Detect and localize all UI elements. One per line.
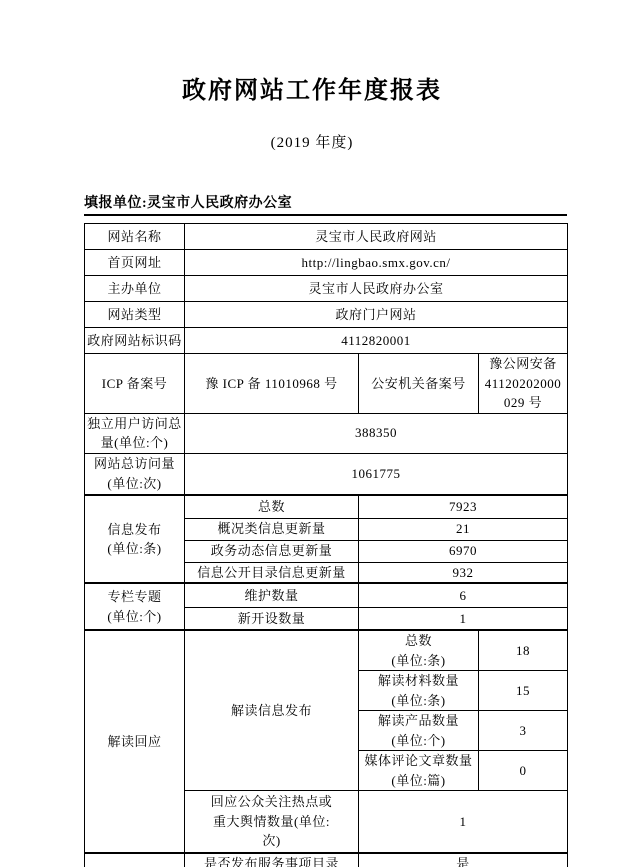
home-url-value: http://lingbao.smx.gov.cn/ (185, 250, 568, 276)
reporting-unit: 填报单位:灵宝市人民政府办公室 (84, 192, 567, 216)
home-url-label: 首页网址 (85, 250, 185, 276)
table-row: 网站总访问量 (单位:次) 1061775 (85, 453, 568, 495)
interpretation-publish-label: 解读信息发布 (185, 630, 359, 791)
table-row: 主办单位 灵宝市人民政府办公室 (85, 276, 568, 302)
sponsor-value: 灵宝市人民政府办公室 (185, 276, 568, 302)
new-count-label: 新开设数量 (185, 607, 359, 630)
directory-update-label: 信息公开目录信息更新量 (185, 562, 359, 583)
site-name-value: 灵宝市人民政府网站 (185, 224, 568, 250)
table-row: 解读回应 解读信息发布 总数 (单位:条) 18 (85, 630, 568, 671)
interp-product-value: 3 (479, 711, 568, 751)
media-comment-value: 0 (479, 751, 568, 791)
site-code-value: 4112820001 (185, 328, 568, 354)
interp-material-label: 解读材料数量 (单位:条) (359, 671, 479, 711)
interp-total-label: 总数 (单位:条) (359, 630, 479, 671)
site-code-label: 政府网站标识码 (85, 328, 185, 354)
special-columns-label: 专栏专题 (单位:个) (85, 583, 185, 630)
table-row: 专栏专题 (单位:个) 维护数量 6 (85, 583, 568, 607)
icp-value: 豫 ICP 备 11010968 号 (185, 354, 359, 414)
table-row: 是否发布服务事项目录 是 (85, 853, 568, 867)
table-row: 网站名称 灵宝市人民政府网站 (85, 224, 568, 250)
gov-news-update-value: 6970 (359, 540, 568, 562)
police-filing-label: 公安机关备案号 (359, 354, 479, 414)
report-document-page: 政府网站工作年度报表 (2019 年度) 填报单位:灵宝市人民政府办公室 网站名… (0, 0, 624, 867)
interpretation-label: 解读回应 (85, 630, 185, 853)
public-response-value: 1 (359, 791, 568, 853)
table-row: 网站类型 政府门户网站 (85, 302, 568, 328)
service-directory-value: 是 (359, 853, 568, 867)
site-name-label: 网站名称 (85, 224, 185, 250)
table-row: 信息发布 (单位:条) 总数 7923 (85, 495, 568, 518)
sponsor-label: 主办单位 (85, 276, 185, 302)
new-count-value: 1 (359, 607, 568, 630)
maintained-count-value: 6 (359, 583, 568, 607)
table-row: 政府网站标识码 4112820001 (85, 328, 568, 354)
page-title: 政府网站工作年度报表 (0, 0, 624, 105)
table-row: 首页网址 http://lingbao.smx.gov.cn/ (85, 250, 568, 276)
service-directory-label: 是否发布服务事项目录 (185, 853, 359, 867)
report-year: (2019 年度) (0, 131, 624, 152)
table-row: 独立用户访问总 量(单位:个) 388350 (85, 413, 568, 453)
gov-news-update-label: 政务动态信息更新量 (185, 540, 359, 562)
empty-cell (85, 853, 185, 867)
directory-update-value: 932 (359, 562, 568, 583)
info-publish-label: 信息发布 (单位:条) (85, 495, 185, 583)
public-response-label: 回应公众关注热点或 重大舆情数量(单位: 次) (185, 791, 359, 853)
interp-total-value: 18 (479, 630, 568, 671)
unique-visitors-label: 独立用户访问总 量(单位:个) (85, 413, 185, 453)
icp-label: ICP 备案号 (85, 354, 185, 414)
report-table: 网站名称 灵宝市人民政府网站 首页网址 http://lingbao.smx.g… (84, 223, 568, 867)
info-total-label: 总数 (185, 495, 359, 518)
overview-update-label: 概况类信息更新量 (185, 518, 359, 540)
interp-product-label: 解读产品数量 (单位:个) (359, 711, 479, 751)
maintained-count-label: 维护数量 (185, 583, 359, 607)
total-visits-value: 1061775 (185, 453, 568, 495)
overview-update-value: 21 (359, 518, 568, 540)
site-type-label: 网站类型 (85, 302, 185, 328)
police-filing-value: 豫公网安备 41120202000 029 号 (479, 354, 568, 414)
total-visits-label: 网站总访问量 (单位:次) (85, 453, 185, 495)
media-comment-label: 媒体评论文章数量 (单位:篇) (359, 751, 479, 791)
table-row: ICP 备案号 豫 ICP 备 11010968 号 公安机关备案号 豫公网安备… (85, 354, 568, 414)
interp-material-value: 15 (479, 671, 568, 711)
info-total-value: 7923 (359, 495, 568, 518)
unique-visitors-value: 388350 (185, 413, 568, 453)
site-type-value: 政府门户网站 (185, 302, 568, 328)
